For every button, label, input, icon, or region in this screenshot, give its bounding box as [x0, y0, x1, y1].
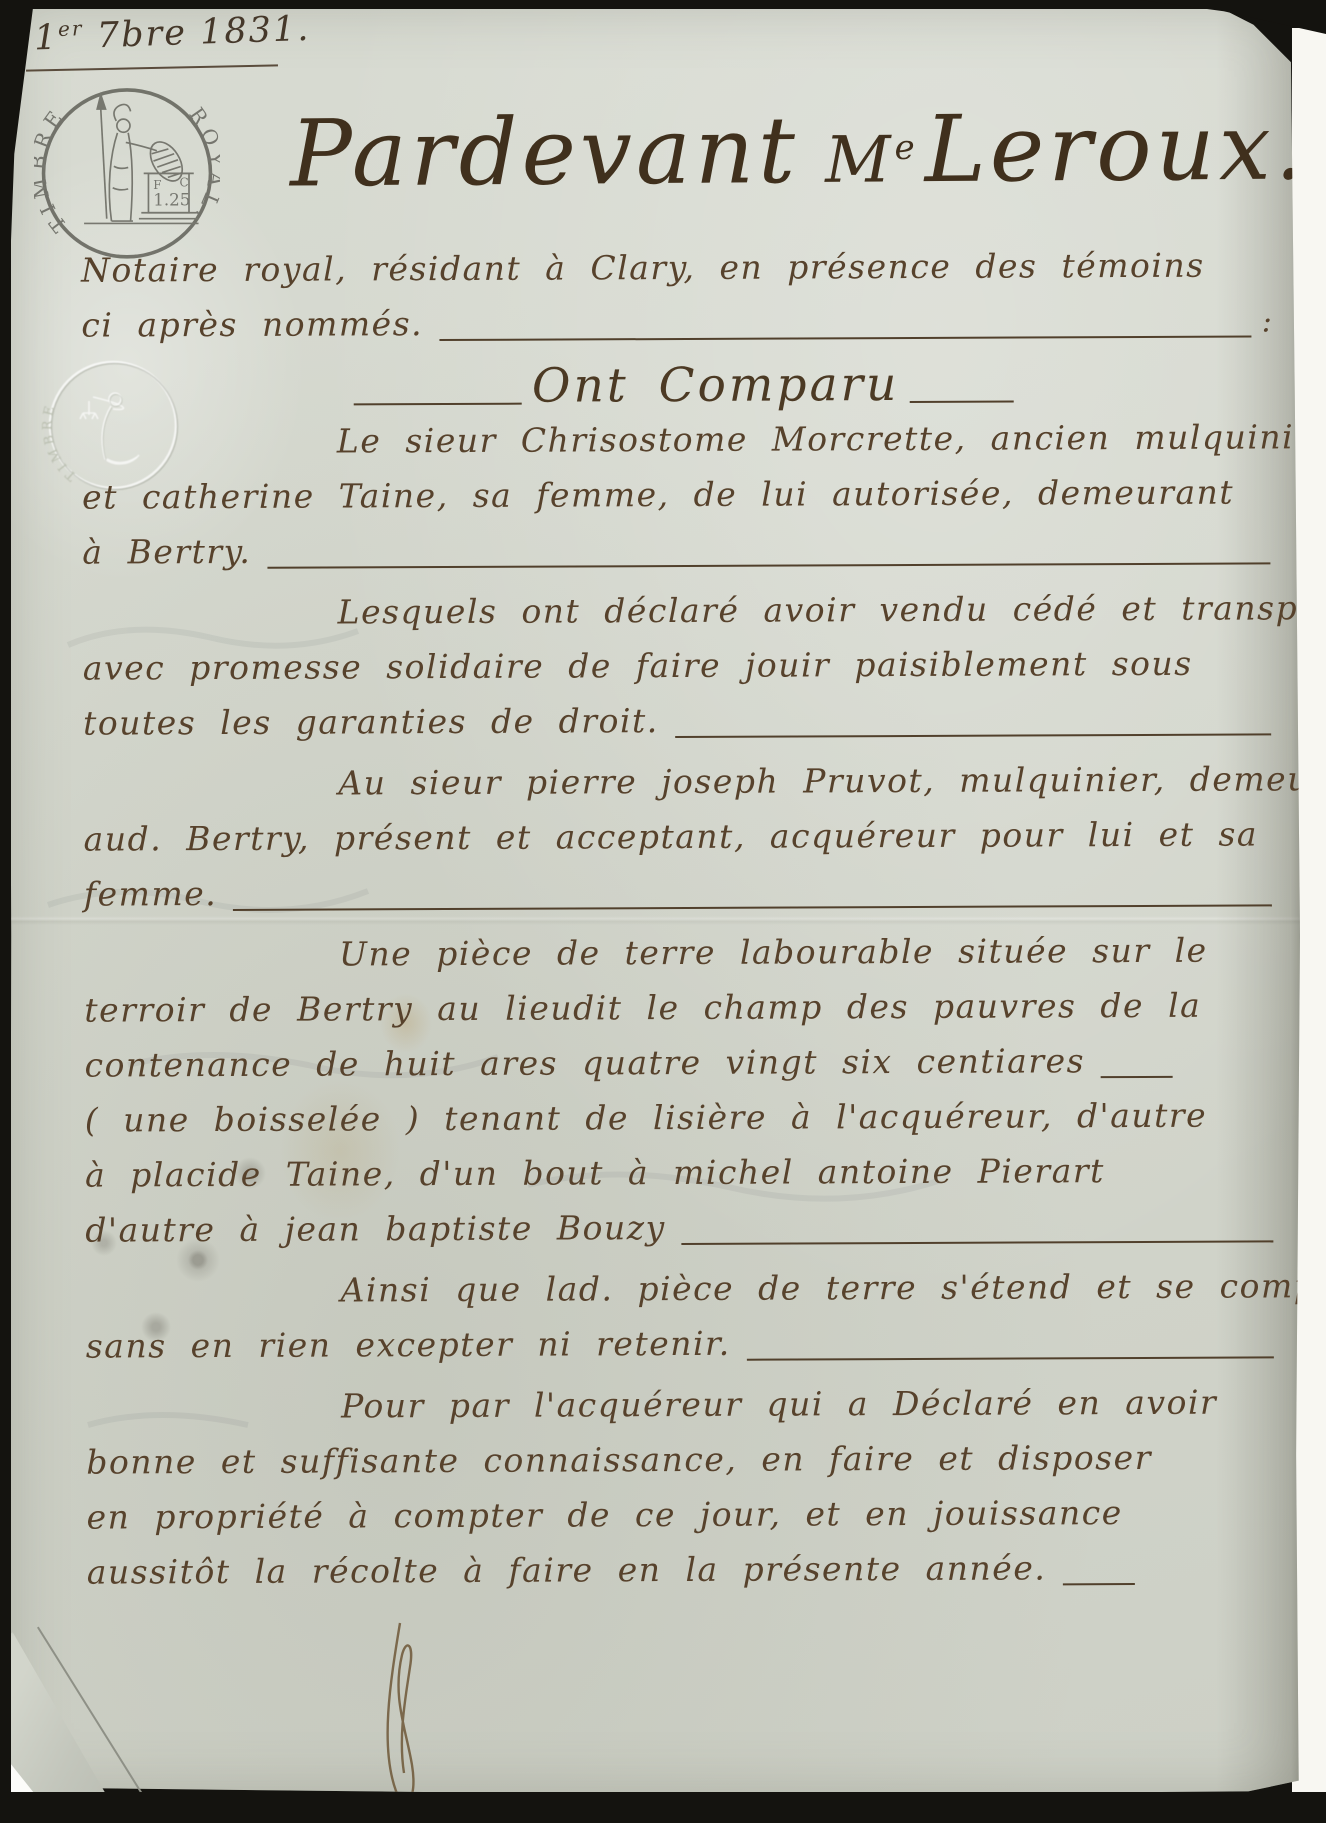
line-text: Au sieur pierre joseph Pruvot, mulquinie…	[338, 759, 1326, 803]
paper-sheet: 1er 7bre 1831. TIMBRE ROYAL.	[8, 5, 1300, 1795]
manuscript-line: terroir de Bertry au lieudit le champ de…	[84, 985, 1276, 1045]
section-heading: Ont Comparu	[82, 355, 1274, 422]
manuscript-line: Une pièce de terre labourable située sur…	[84, 930, 1276, 990]
scanned-document: 1er 7bre 1831. TIMBRE ROYAL.	[0, 0, 1326, 1823]
line-text: terroir de Bertry au lieudit le champ de…	[84, 986, 1201, 1030]
line-text: à Bertry.	[82, 532, 251, 572]
manuscript-line: Le sieur Chrisostome Morcrette, ancien m…	[82, 417, 1274, 477]
filler-rule	[233, 851, 1272, 911]
manuscript-line: bonne et suffisante connaissance, en fai…	[86, 1437, 1278, 1497]
manuscript-line: toutes les garanties de droit.	[83, 698, 1275, 758]
timbre-royal-stamp: TIMBRE ROYAL.	[34, 73, 220, 269]
line-text: Ont Comparu	[532, 357, 900, 414]
line-text: Le sieur Chrisostome Morcrette, ancien m…	[337, 417, 1326, 460]
filler-rule	[909, 341, 1013, 403]
manuscript-line: Lesquels ont déclaré avoir vendu cédé et…	[83, 588, 1275, 648]
svg-text:TIMBRE: TIMBRE	[34, 102, 72, 237]
filler-rule	[1101, 1023, 1173, 1078]
svg-text:TIMBRE: TIMBRE	[40, 401, 79, 484]
filler-rule	[267, 509, 1270, 568]
line-text: aussitôt la récolte à faire en la présen…	[87, 1548, 1047, 1591]
date-month: 7bre	[96, 13, 187, 56]
line-text: ci après nommés.	[81, 304, 423, 344]
line-text: Pour par l'acquéreur qui a Déclaré en av…	[341, 1383, 1217, 1426]
manuscript-body: Notaire royal, résidant à Clary, en prés…	[81, 245, 1279, 1607]
date-day: 1	[33, 18, 59, 59]
line-text: sans en rien excepter ni retenir.	[86, 1324, 731, 1366]
manuscript-line: aussitôt la récolte à faire en la présen…	[87, 1547, 1279, 1607]
seal-arc-label: TIMBRE	[40, 401, 79, 484]
manuscript-line: Au sieur pierre joseph Pruvot, mulquinie…	[83, 759, 1275, 819]
line-text: ( une boisselée ) tenant de lisière à l'…	[85, 1096, 1207, 1140]
scan-edge-top	[0, 0, 1326, 9]
line-text: bonne et suffisante connaissance, en fai…	[86, 1438, 1152, 1482]
date-day-suffix: er	[58, 16, 84, 41]
line-text: d'autre à jean baptiste Bouzy	[85, 1208, 666, 1250]
manuscript-line: ( une boisselée ) tenant de lisière à l'…	[85, 1095, 1277, 1155]
manuscript-line: sans en rien excepter ni retenir.	[86, 1321, 1278, 1381]
filler-rule	[675, 680, 1272, 738]
manuscript-line: ci après nommés.:	[81, 300, 1273, 360]
stamp-currency-right: C	[179, 176, 188, 190]
title-honorific: Me	[825, 123, 919, 198]
date-underline	[26, 64, 278, 71]
manuscript-line: femme.	[84, 869, 1276, 929]
line-text: femme.	[84, 874, 218, 914]
stamp-arc-left-label: TIMBRE	[34, 102, 72, 237]
line-text: Lesquels ont déclaré avoir vendu cédé et…	[338, 588, 1326, 632]
line-text: Une pièce de terre labourable située sur…	[339, 931, 1208, 974]
line-text: toutes les garanties de droit.	[83, 701, 659, 743]
line-text: contenance de huit ares quatre vingt six…	[85, 1041, 1086, 1084]
filler-rule	[439, 282, 1252, 341]
date-annotation: 1er 7bre 1831.	[33, 8, 311, 58]
filler-rule	[354, 343, 522, 406]
line-text: en propriété à compter de ce jour, et en…	[86, 1493, 1122, 1537]
filler-rule	[682, 1187, 1274, 1245]
manuscript-line: contenance de huit ares quatre vingt six…	[85, 1040, 1277, 1100]
manuscript-line: Pour par l'acquéreur qui a Déclaré en av…	[86, 1382, 1278, 1442]
manuscript-line: à Bertry.	[82, 527, 1274, 587]
manuscript-line: d'autre à jean baptiste Bouzy	[85, 1205, 1277, 1265]
title-word: Pardevant	[290, 97, 800, 208]
filler-rule	[1062, 1530, 1134, 1585]
date-year: 1831.	[199, 9, 311, 53]
document-title: PardevantMeLeroux.	[290, 93, 1309, 207]
title-notary-name: Leroux.	[924, 93, 1308, 203]
scan-edge-bottom	[0, 1792, 1326, 1823]
rule-suffix: :	[1262, 304, 1274, 339]
filler-rule	[746, 1303, 1273, 1360]
stamp-value: 1.25	[153, 191, 190, 210]
